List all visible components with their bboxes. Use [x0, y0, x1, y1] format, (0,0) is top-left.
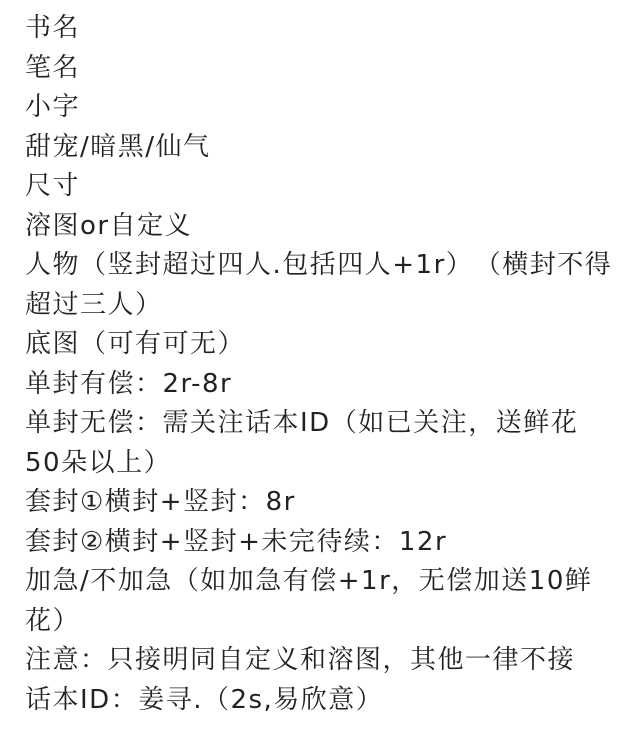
note-line-characters-1: 人物（竖封超过四人.包括四人+1r） （横封不得: [25, 246, 632, 286]
note-line-notice: 注意：只接明同自定义和溶图，其他一律不接: [25, 641, 632, 681]
note-line-style-options: 甜宠/暗黑/仙气: [25, 128, 632, 168]
note-line-small-text: 小字: [25, 88, 632, 128]
note-line-rush-option-1: 加急/不加急（如加急有偿+1r，无偿加送10鲜: [25, 562, 632, 602]
note-line-single-cover-free-2: 50朵以上）: [25, 444, 632, 484]
note-line-single-cover-paid: 单封有偿：2r-8r: [25, 365, 632, 405]
note-line-pen-name: 笔名: [25, 49, 632, 89]
note-line-set-cover-2: 套封②横封+竖封+未完待续：12r: [25, 523, 632, 563]
note-line-characters-2: 超过三人）: [25, 286, 632, 326]
note-line-base-image: 底图（可有可无）: [25, 325, 632, 365]
handwritten-note: 书名 笔名 小字 甜宠/暗黑/仙气 尺寸 溶图or自定义 人物（竖封超过四人.包…: [0, 0, 640, 738]
note-line-rush-option-2: 花）: [25, 602, 632, 642]
note-line-set-cover-1: 套封①横封+竖封：8r: [25, 483, 632, 523]
note-line-size: 尺寸: [25, 167, 632, 207]
note-line-huaben-id: 话本ID：姜寻.（2s,易欣意）: [25, 681, 632, 721]
note-line-book-title: 书名: [25, 9, 632, 49]
note-line-blend-or-custom: 溶图or自定义: [25, 207, 632, 247]
note-line-single-cover-free-1: 单封无偿：需关注话本ID（如已关注，送鲜花: [25, 404, 632, 444]
